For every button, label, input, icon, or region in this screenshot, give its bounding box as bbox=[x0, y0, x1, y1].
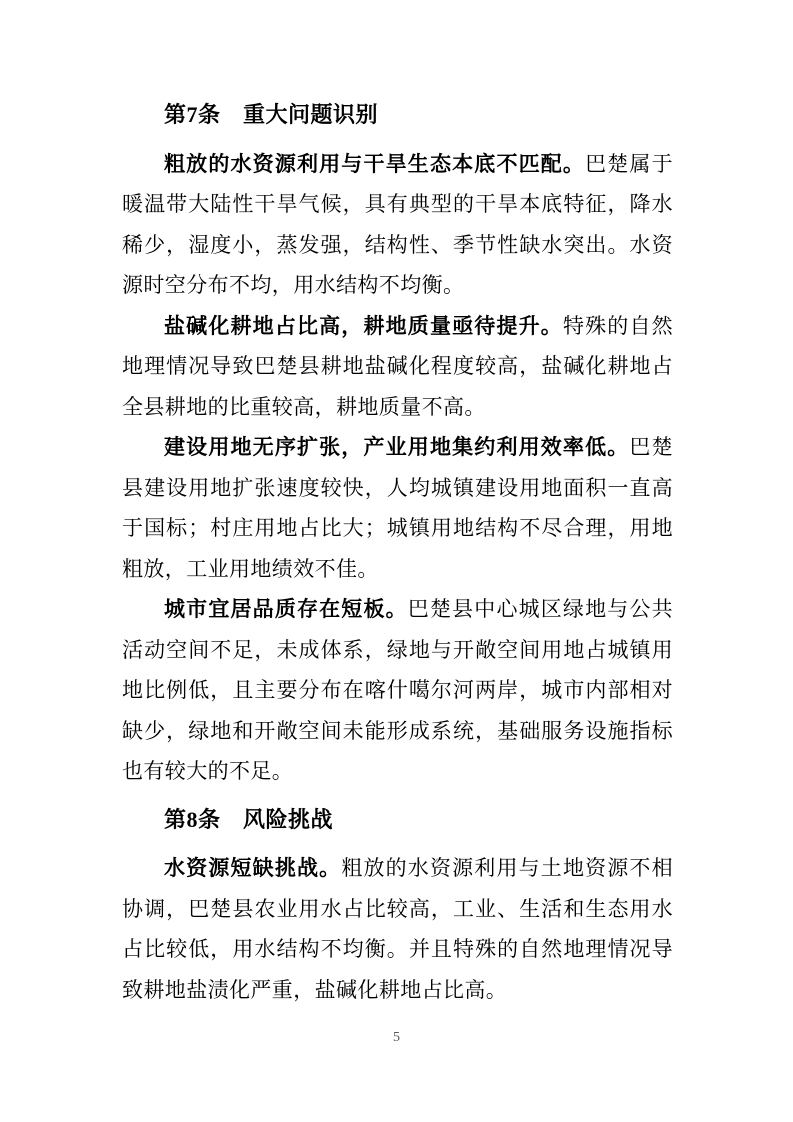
article-7-heading: 第7条 重大问题识别 bbox=[122, 95, 673, 136]
page-number: 5 bbox=[0, 1030, 793, 1046]
paragraph-construction-land: 建设用地无序扩张，产业用地集约利用效率低。巴楚县建设用地扩张速度较快，人均城镇建… bbox=[122, 427, 673, 589]
paragraph-water-shortage-risk: 水资源短缺挑战。粗放的水资源利用与土地资源不相协调，巴楚县农业用水占比较高，工业… bbox=[122, 848, 673, 1010]
paragraph-lead: 城市宜居品质存在短板。 bbox=[164, 597, 408, 621]
paragraph-water-mismatch: 粗放的水资源利用与干旱生态本底不匹配。巴楚属于暖温带大陆性干旱气候，具有典型的干… bbox=[122, 144, 673, 306]
page-content: 第7条 重大问题识别 粗放的水资源利用与干旱生态本底不匹配。巴楚属于暖温带大陆性… bbox=[122, 95, 673, 1010]
paragraph-saline-farmland: 盐碱化耕地占比高，耕地质量亟待提升。特殊的自然地理情况导致巴楚县耕地盐碱化程度较… bbox=[122, 306, 673, 428]
paragraph-livability: 城市宜居品质存在短板。巴楚县中心城区绿地与公共活动空间不足，未成体系，绿地与开敞… bbox=[122, 589, 673, 792]
paragraph-lead: 盐碱化耕地占比高，耕地质量亟待提升。 bbox=[164, 314, 563, 338]
paragraph-lead: 建设用地无序扩张，产业用地集约利用效率低。 bbox=[164, 435, 629, 459]
document-page: 第7条 重大问题识别 粗放的水资源利用与干旱生态本底不匹配。巴楚属于暖温带大陆性… bbox=[0, 0, 793, 1122]
paragraph-lead: 粗放的水资源利用与干旱生态本底不匹配。 bbox=[164, 152, 585, 176]
paragraph-body: 巴楚县中心城区绿地与公共活动空间不足，未成体系，绿地与开敞空间用地占城镇用地比例… bbox=[122, 597, 673, 783]
article-8-heading: 第8条 风险挑战 bbox=[122, 800, 673, 841]
paragraph-lead: 水资源短缺挑战。 bbox=[164, 856, 341, 880]
